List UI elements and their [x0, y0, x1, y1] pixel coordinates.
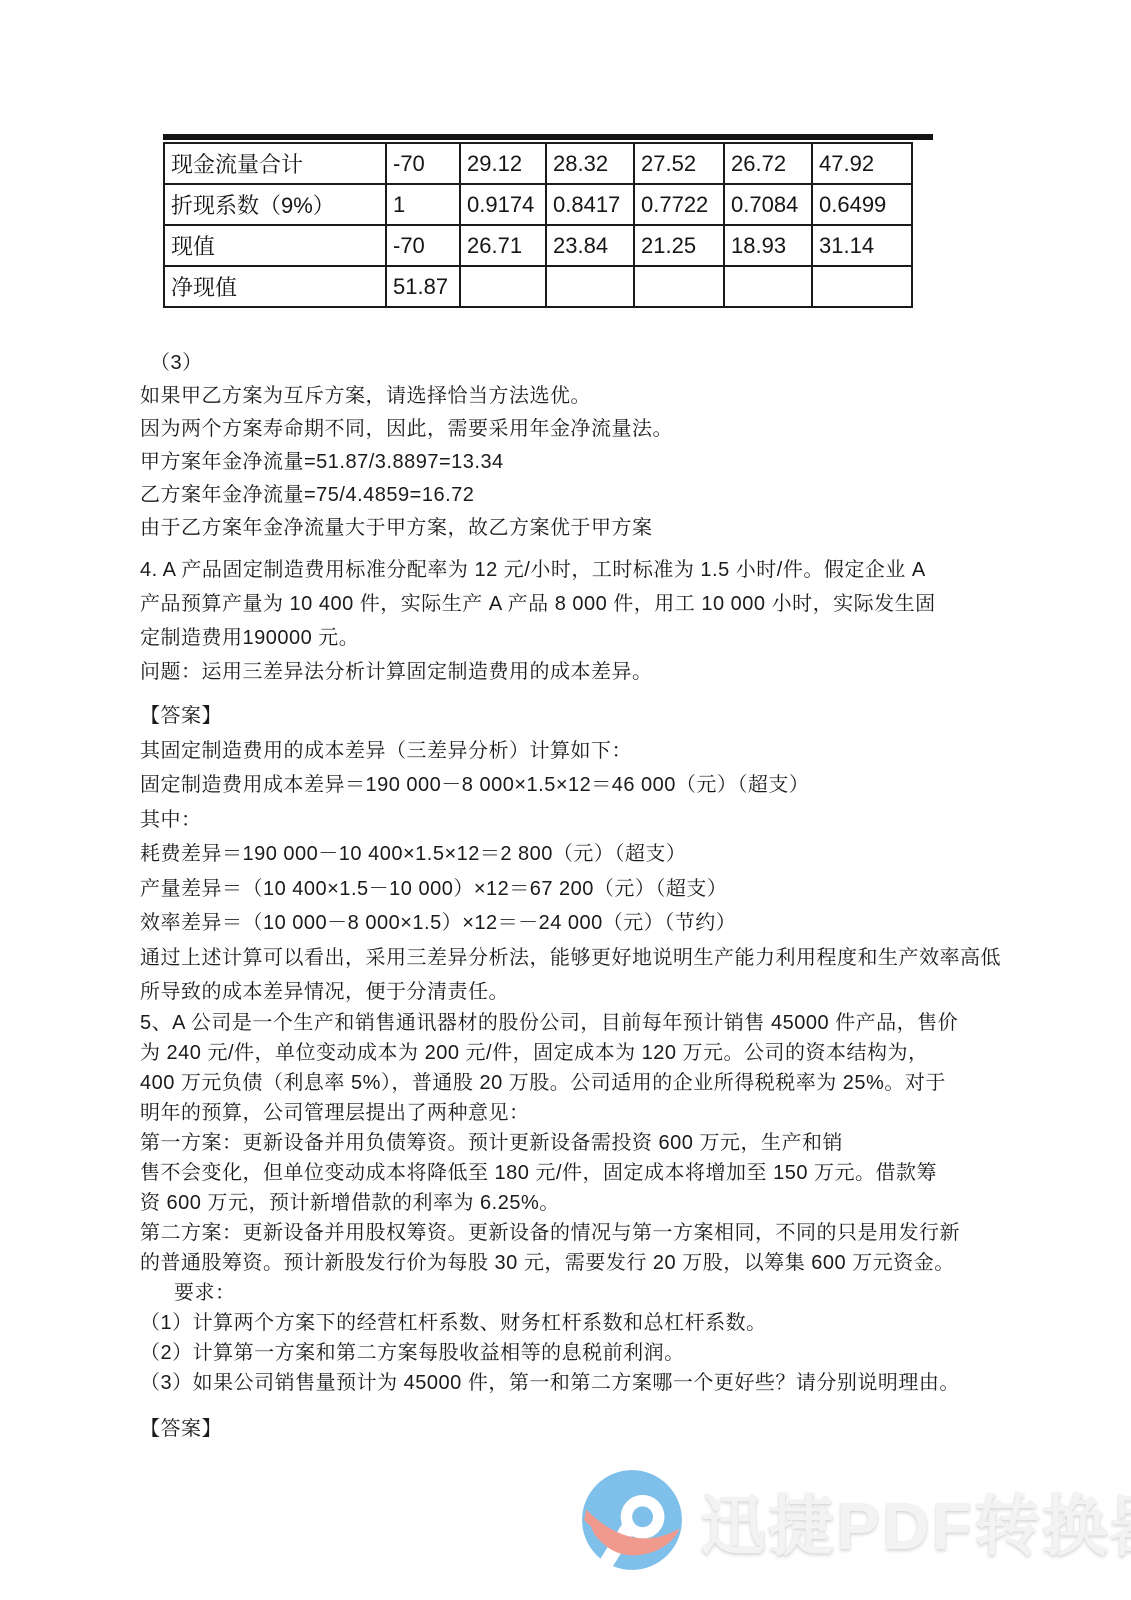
text-line: 因为两个方案寿命期不同，因此，需要采用年金净流量法。	[140, 413, 1020, 446]
table-cell: 21.25	[634, 225, 724, 266]
pdf-converter-watermark: 迅捷PDF转换器	[580, 1468, 1131, 1572]
npv-table: 现金流量合计 -70 29.12 28.32 27.52 26.72 47.92…	[163, 142, 913, 308]
text-line: 耗费差异＝190 000－10 400×1.5×12＝2 800（元）（超支）	[140, 837, 1020, 872]
text-line: 第一方案：更新设备并用负债筹资。预计更新设备需投资 600 万元，生产和销	[140, 1128, 1020, 1158]
table-row: 现金流量合计 -70 29.12 28.32 27.52 26.72 47.92	[164, 143, 912, 184]
table-cell: 0.6499	[812, 184, 912, 225]
table-cell: -70	[386, 225, 460, 266]
table-row: 净现值 51.87	[164, 266, 912, 307]
table-cell	[634, 266, 724, 307]
text-line: 400 万元负债（利息率 5%），普通股 20 万股。公司适用的企业所得税税率为…	[140, 1068, 1020, 1098]
table-cell: 1	[386, 184, 460, 225]
table-cell	[812, 266, 912, 307]
table-cell: 18.93	[724, 225, 812, 266]
table-cell: 23.84	[546, 225, 634, 266]
document-page: 现金流量合计 -70 29.12 28.32 27.52 26.72 47.92…	[0, 0, 1131, 1600]
section-3-heading: （3）	[140, 347, 1020, 380]
text-line: 乙方案年金净流量=75/4.4859=16.72	[140, 479, 1020, 512]
row-label-cell: 现金流量合计	[164, 143, 386, 184]
text-line: 资 600 万元，预计新增借款的利率为 6.25%。	[140, 1188, 1020, 1218]
text-line: 定制造费用190000 元。	[140, 621, 1020, 655]
text-line: 明年的预算，公司管理层提出了两种意见：	[140, 1098, 1020, 1128]
requirement-item: （3）如果公司销售量预计为 45000 件，第一和第二方案哪一个更好些？请分别说…	[140, 1368, 1020, 1398]
requirement-item: （2）计算第一方案和第二方案每股收益相等的息税前利润。	[140, 1338, 1020, 1368]
text-line: 固定制造费用成本差异＝190 000－8 000×1.5×12＝46 000（元…	[140, 768, 1020, 803]
question-5: 5、A 公司是一个生产和销售通讯器材的股份公司，目前每年预计销售 45000 件…	[140, 1008, 1020, 1398]
watermark-text: 迅捷PDF转换器	[700, 1473, 1131, 1568]
table-cell: 0.7084	[724, 184, 812, 225]
text-line: 效率差异＝（10 000－8 000×1.5）×12＝－24 000（元）（节约…	[140, 906, 1020, 941]
table-cell: 27.52	[634, 143, 724, 184]
requirements-heading: 要求：	[140, 1278, 1020, 1308]
text-line: 5、A 公司是一个生产和销售通讯器材的股份公司，目前每年预计销售 45000 件…	[140, 1008, 1020, 1038]
pdf-converter-logo-icon	[580, 1468, 684, 1572]
table-cell: 0.7722	[634, 184, 724, 225]
section-3: （3） 如果甲乙方案为互斥方案，请选择恰当方法选优。 因为两个方案寿命期不同，因…	[140, 347, 1020, 545]
npv-table-wrapper: 现金流量合计 -70 29.12 28.32 27.52 26.72 47.92…	[163, 134, 933, 308]
text-line: 如果甲乙方案为互斥方案，请选择恰当方法选优。	[140, 380, 1020, 413]
text-line: 售不会变化，但单位变动成本将降低至 180 元/件，固定成本将增加至 150 万…	[140, 1158, 1020, 1188]
table-cell	[546, 266, 634, 307]
text-line: 为 240 元/件，单位变动成本为 200 元/件，固定成本为 120 万元。公…	[140, 1038, 1020, 1068]
table-cell: 29.12	[460, 143, 546, 184]
text-line: 通过上述计算可以看出，采用三差异分析法，能够更好地说明生产能力利用程度和生产效率…	[140, 941, 1020, 976]
row-label-cell: 净现值	[164, 266, 386, 307]
text-line: 所导致的成本差异情况，便于分清责任。	[140, 975, 1020, 1010]
table-cell: 31.14	[812, 225, 912, 266]
text-line: 其固定制造费用的成本差异（三差异分析）计算如下：	[140, 734, 1020, 769]
answer-5: 【答案】	[140, 1412, 1020, 1446]
text-line: 其中：	[140, 803, 1020, 838]
text-line: 4. A 产品固定制造费用标准分配率为 12 元/小时，工时标准为 1.5 小时…	[140, 553, 1020, 587]
table-cell: 47.92	[812, 143, 912, 184]
row-label-cell: 折现系数（9%）	[164, 184, 386, 225]
answer-label: 【答案】	[140, 1412, 1020, 1446]
table-cell: 0.8417	[546, 184, 634, 225]
text-line: 产品预算产量为 10 400 件，实际生产 A 产品 8 000 件，用工 10…	[140, 587, 1020, 621]
table-cell: 51.87	[386, 266, 460, 307]
answer-label: 【答案】	[140, 699, 1020, 734]
text-line: 由于乙方案年金净流量大于甲方案，故乙方案优于甲方案	[140, 512, 1020, 545]
text-line: 甲方案年金净流量=51.87/3.8897=13.34	[140, 446, 1020, 479]
table-cell: 28.32	[546, 143, 634, 184]
table-cell: 26.71	[460, 225, 546, 266]
table-row: 现值 -70 26.71 23.84 21.25 18.93 31.14	[164, 225, 912, 266]
question-4: 4. A 产品固定制造费用标准分配率为 12 元/小时，工时标准为 1.5 小时…	[140, 553, 1020, 689]
table-row: 折现系数（9%） 1 0.9174 0.8417 0.7722 0.7084 0…	[164, 184, 912, 225]
table-cell	[724, 266, 812, 307]
text-line: 第二方案：更新设备并用股权筹资。更新设备的情况与第一方案相同，不同的只是用发行新	[140, 1218, 1020, 1248]
text-line: 的普通股筹资。预计新股发行价为每股 30 元，需要发行 20 万股，以筹集 60…	[140, 1248, 1020, 1278]
row-label-cell: 现值	[164, 225, 386, 266]
text-line: 产量差异＝（10 400×1.5－10 000）×12＝67 200（元）（超支…	[140, 872, 1020, 907]
table-cell: 26.72	[724, 143, 812, 184]
answer-4: 【答案】 其固定制造费用的成本差异（三差异分析）计算如下： 固定制造费用成本差异…	[140, 699, 1020, 1010]
requirement-item: （1）计算两个方案下的经营杠杆系数、财务杠杆系数和总杠杆系数。	[140, 1308, 1020, 1338]
text-line: 问题：运用三差异法分析计算固定制造费用的成本差异。	[140, 655, 1020, 689]
table-cell: -70	[386, 143, 460, 184]
table-cell	[460, 266, 546, 307]
table-cell: 0.9174	[460, 184, 546, 225]
